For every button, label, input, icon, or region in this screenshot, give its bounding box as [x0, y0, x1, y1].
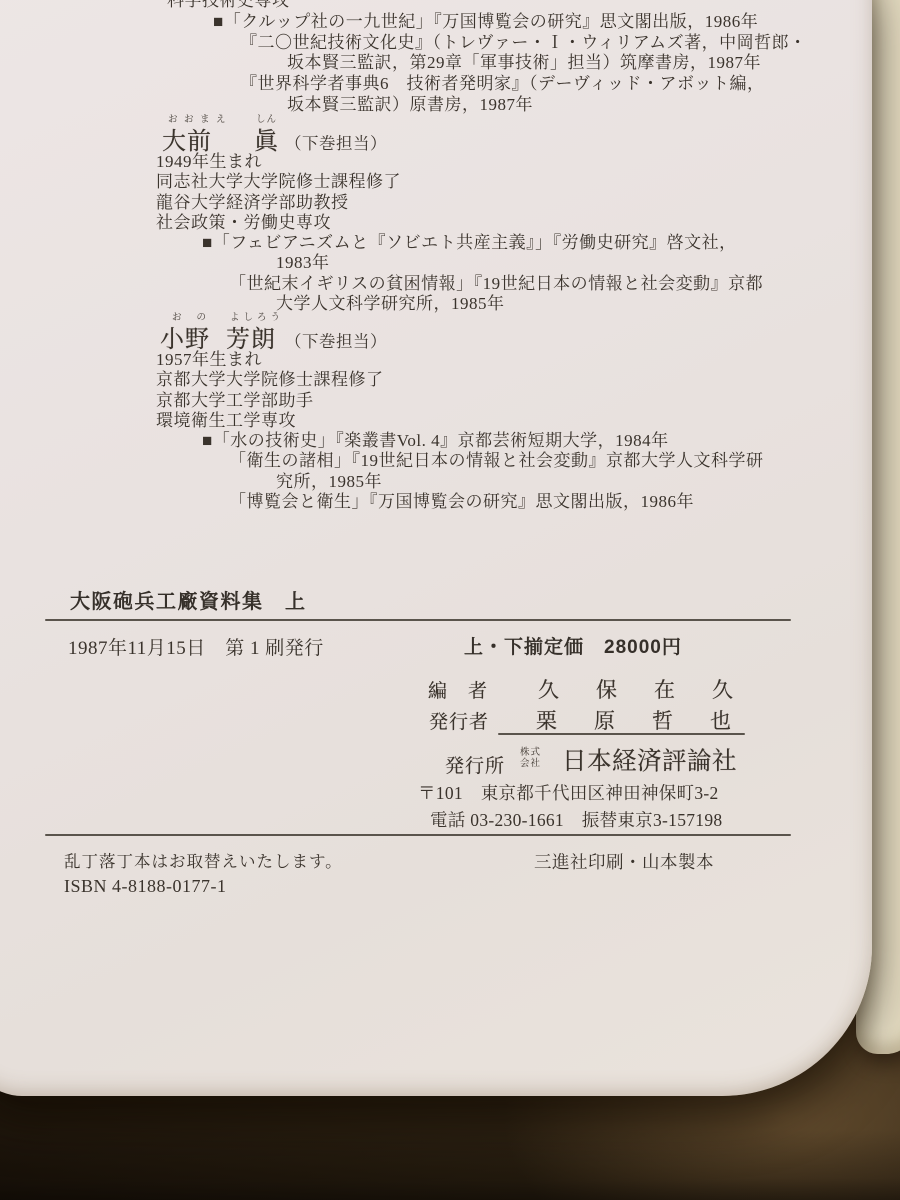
- bio-line: 社会政策・労働史専攻: [156, 213, 763, 233]
- works-list-top: 科学技術史専攻■「クルップ社の一九世紀」『万国博覧会の研究』思文閣出版，1986…: [159, 0, 807, 116]
- bio-line: 「衛生の諸相」『19世紀日本の情報と社会変動』京都大学人文科学研: [229, 451, 764, 471]
- publisher-person-label: 発行者: [429, 707, 489, 734]
- publishing-house-name: 日本経済評論社: [562, 742, 737, 777]
- bio-line: 坂本賢三監訳，第29章「軍事技術」担当）筑摩書房，1987年: [287, 53, 807, 74]
- kabushiki-kaisha-prefix: 株式 会社: [520, 748, 541, 769]
- bio-line: ■「水の技術史」『楽叢書Vol. 4』京都芸術短期大学，1984年: [202, 431, 764, 451]
- isbn-number: ISBN 4-8188-0177-1: [64, 876, 227, 897]
- bio-line: 「世紀末イギリスの貧困情報」『19世紀日本の情報と社会変動』京都: [229, 274, 763, 294]
- kk-top: 株式: [520, 748, 541, 759]
- author-role-note: （下巻担当）: [285, 328, 387, 352]
- bio-line: 京都大学大学院修士課程修了: [156, 370, 764, 390]
- bio-line: 究所，1985年: [276, 472, 764, 492]
- author-bio-lines: 1957年生まれ京都大学大学院修士課程修了京都大学工学部助手環境衛生工学専攻■「…: [148, 350, 764, 512]
- author-heading: おおまえ しん 大前 眞 （下巻担当）: [148, 110, 568, 152]
- bio-line: 「博覧会と衛生」『万国博覧会の研究』思文閣出版，1986年: [229, 492, 764, 512]
- set-price: 上・下揃定価 28000円: [464, 632, 682, 659]
- author-surname: 大前: [162, 121, 212, 156]
- bio-line: 科学技術史専攻: [167, 0, 807, 12]
- author-surname: 小野: [160, 319, 210, 354]
- publishing-house-label: 発行所: [445, 751, 505, 778]
- bio-line: 『世界科学者事典6 技術者発明家』（デーヴィッド・アボット編，: [240, 74, 807, 95]
- editor-name: 久保在久: [538, 674, 770, 704]
- names-underline: [498, 733, 745, 735]
- replacement-notice: 乱丁落丁本はお取替えいたします。: [64, 848, 343, 872]
- author-role-note: （下巻担当）: [285, 130, 387, 154]
- bio-line: 龍谷大学経済学部助教授: [156, 193, 763, 213]
- photo-backdrop: { "bio": { "works_block": { "lines": [ {…: [0, 0, 900, 1200]
- bio-line: 同志社大学大学院修士課程修了: [156, 172, 763, 192]
- printer-binder-credit: 三進社印刷・山本製本: [534, 849, 714, 874]
- author-bio-lines: 1949年生まれ同志社大学大学院修士課程修了龍谷大学経済学部助教授社会政策・労働…: [148, 152, 763, 314]
- divider-rule-bottom: [45, 834, 791, 836]
- author-given-name: 芳朗: [226, 319, 276, 354]
- book-title: 大阪砲兵工廠資料集 上: [70, 585, 307, 614]
- author-given-name: 眞: [254, 121, 279, 156]
- bio-line: 1949年生まれ: [156, 152, 763, 172]
- author-block-omae: おおまえ しん 大前 眞 （下巻担当） 1949年生まれ同志社大学大学院修士課程…: [148, 110, 763, 314]
- divider-rule-top: [45, 619, 791, 621]
- bio-line: ■「フェビアニズムと『ソビエト共産主義』」『労働史研究』啓文社，: [202, 233, 763, 253]
- author-heading: おの よしろう 小野 芳朗 （下巻担当）: [148, 308, 568, 350]
- page-content: 科学技術史専攻■「クルップ社の一九世紀」『万国博覧会の研究』思文閣出版，1986…: [0, 0, 900, 1200]
- bio-line: 環境衛生工学専攻: [156, 411, 764, 431]
- editor-label: 編 者: [428, 676, 488, 703]
- publisher-phone: 電話 03-230-1661 振替東京3-157198: [430, 807, 722, 832]
- kk-bottom: 会社: [520, 759, 541, 770]
- publisher-person-name: 栗原哲也: [536, 705, 768, 735]
- print-date: 1987年11月15日 第 1 刷発行: [68, 633, 324, 660]
- author-block-ono: おの よしろう 小野 芳朗 （下巻担当） 1957年生まれ京都大学大学院修士課程…: [148, 308, 764, 512]
- bio-line: ■「クルップ社の一九世紀」『万国博覧会の研究』思文閣出版，1986年: [213, 12, 807, 33]
- bio-line: 京都大学工学部助手: [156, 391, 764, 411]
- bio-line: 1983年: [276, 253, 763, 273]
- bio-line: 『二〇世紀技術文化史』（トレヴァー・Ｉ・ウィリアムズ著，中岡哲郎・: [240, 33, 807, 54]
- publisher-address: 〒101 東京都千代田区神田神保町3-2: [418, 780, 719, 805]
